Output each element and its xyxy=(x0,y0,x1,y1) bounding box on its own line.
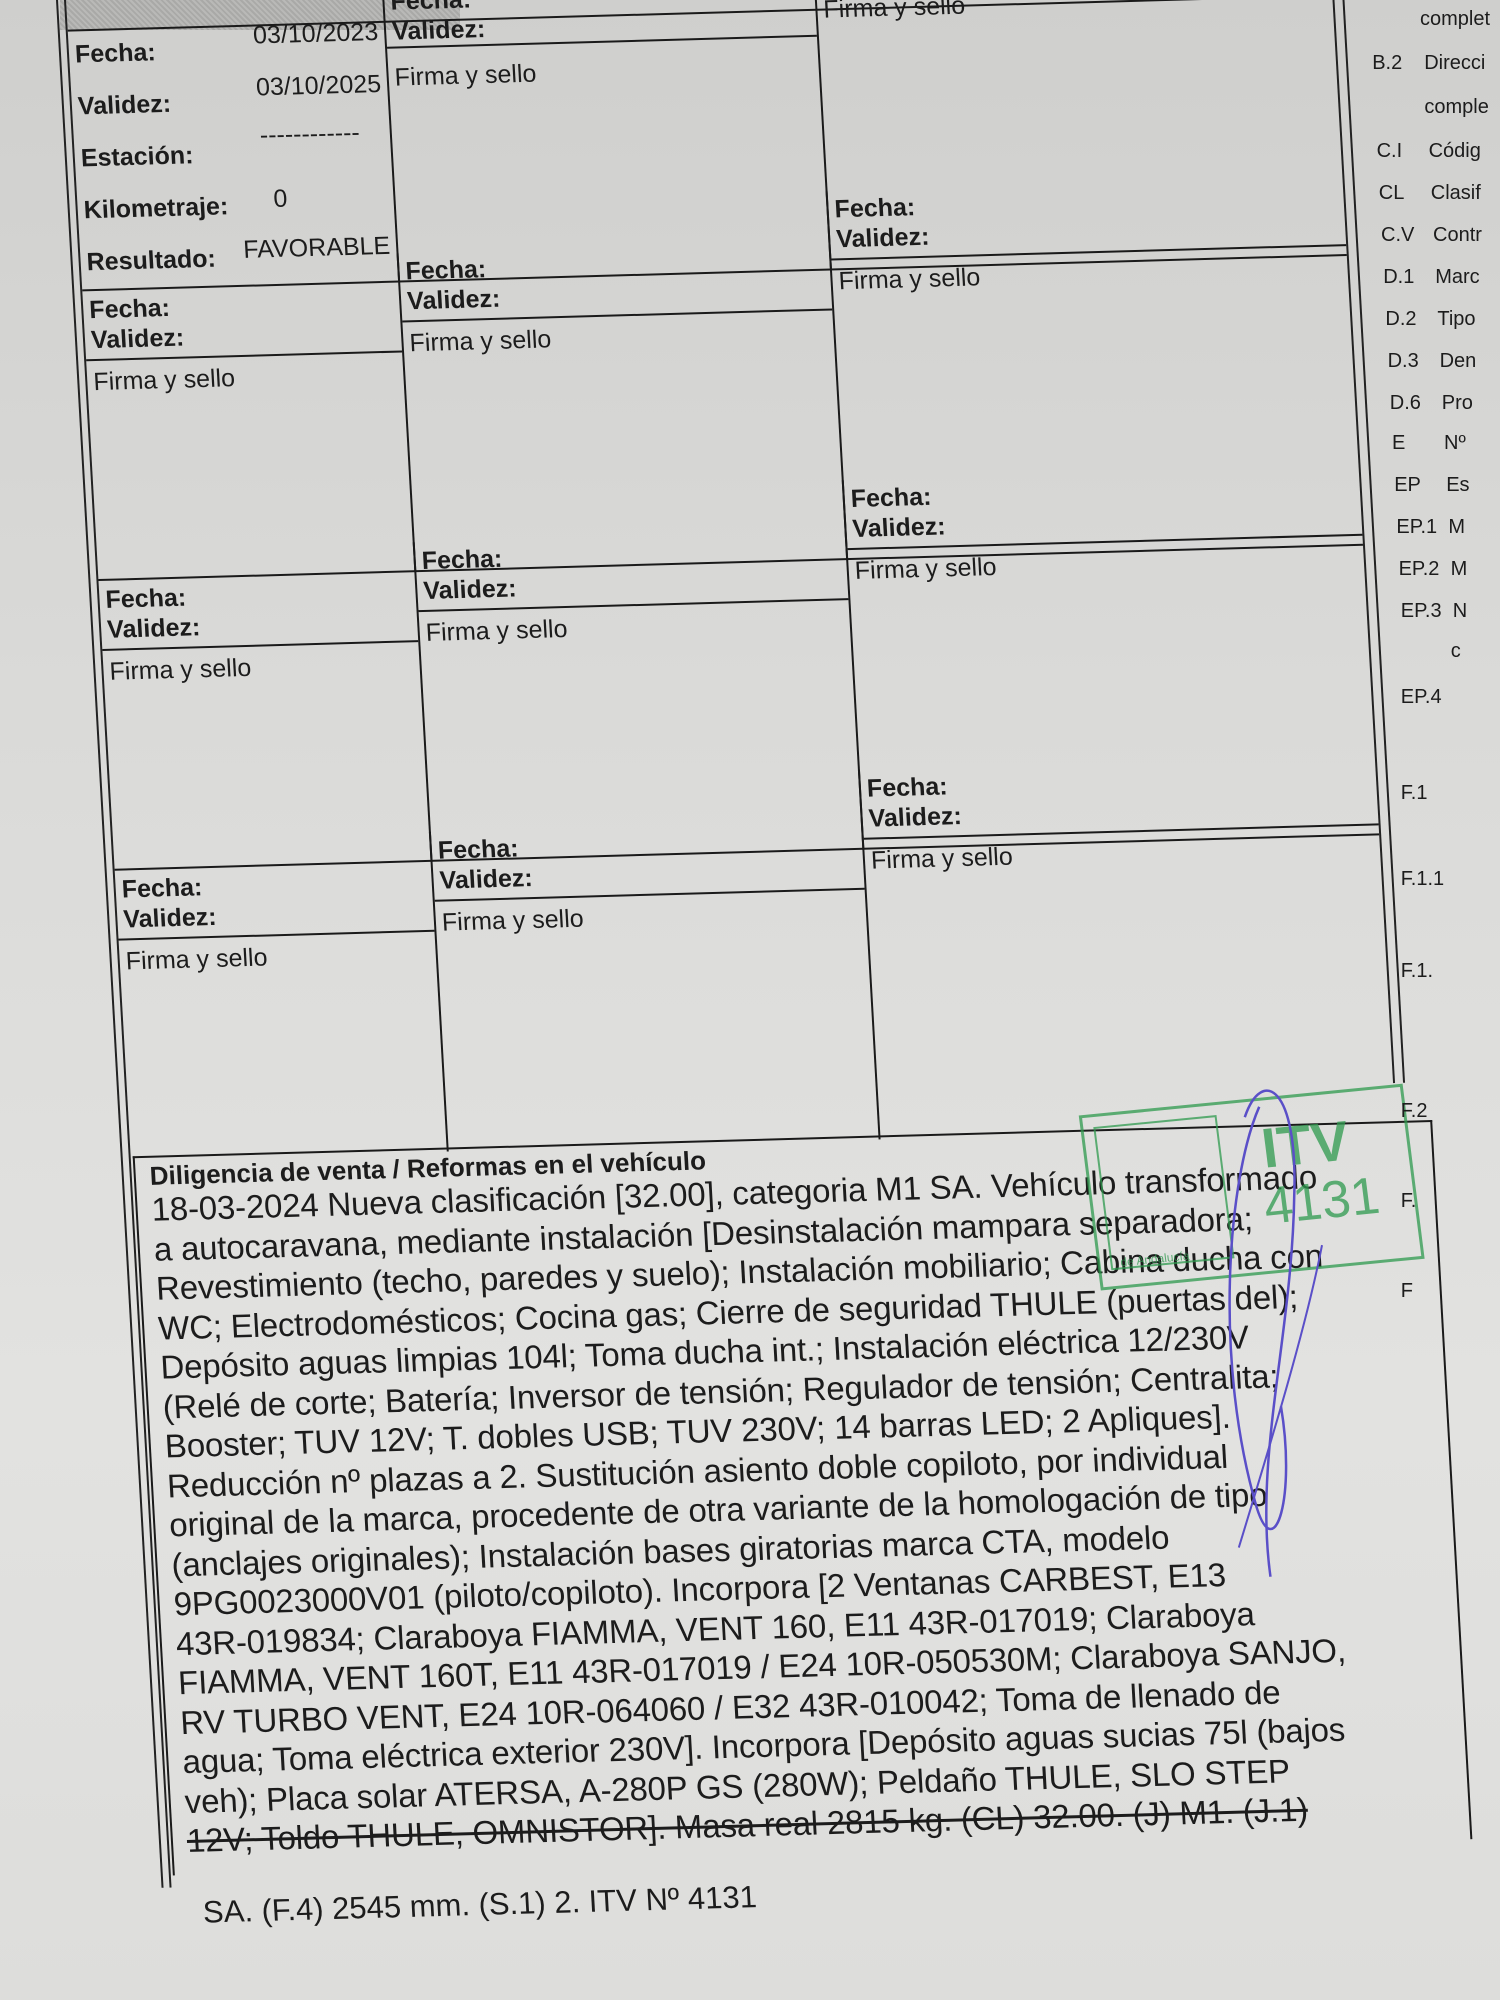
right-column-item: F.1. xyxy=(1401,960,1453,983)
remarks-footer: SA. (F.4) 2545 mm. (S.1) 2. ITV Nº 4131 xyxy=(202,1877,758,1932)
right-column-item: EP.2M xyxy=(1399,558,1468,581)
right-column-field-list: completB.2DireccicompleC.ICódigCLClasifC… xyxy=(1370,0,1500,2000)
inspection-block-r3c1: Fecha: Validez: Firma y sello xyxy=(98,572,430,870)
inspection-block-r2c2: Fecha: Validez: Firma y sello xyxy=(397,241,847,573)
right-column-item: B.2Direcci xyxy=(1372,52,1485,75)
right-column-item: F. xyxy=(1401,1190,1453,1213)
field-validez: Validez: 03/10/2025 xyxy=(77,83,383,121)
right-column-item: C.VContr xyxy=(1381,224,1482,247)
inspection-block-r1c2: Fecha: Validez: Firma y sello xyxy=(382,0,830,283)
right-column-item: EP.1M xyxy=(1396,516,1465,539)
fecha-value: 03/10/2023 xyxy=(252,17,380,64)
itv-inspection-form: Fecha: 03/10/2023 Validez: 03/10/2025 Es… xyxy=(56,0,1492,1898)
inspection-block-r4c2: Fecha: Validez: Firma y sello xyxy=(429,820,879,1152)
right-column-item: EP.3N xyxy=(1401,600,1467,623)
right-column-item: F xyxy=(1401,1280,1453,1303)
field-resultado: Resultado: FAVORABLE xyxy=(86,239,392,277)
right-column-item: C.ICódig xyxy=(1377,140,1481,163)
right-column-item: c xyxy=(1451,640,1461,663)
field-kilometraje: Kilometraje: 0 xyxy=(83,187,389,225)
right-column-item: F.1.1 xyxy=(1401,868,1453,891)
validez-value: 03/10/2025 xyxy=(255,69,383,116)
kilometraje-value: 0 xyxy=(273,184,289,220)
right-column-item: comple xyxy=(1424,96,1488,119)
estacion-value: ------------ xyxy=(259,118,362,169)
inspection-block-r4c1: Fecha: Validez: Firma y sello xyxy=(115,862,447,1160)
first-inspection-cell: Fecha: 03/10/2023 Validez: 03/10/2025 Es… xyxy=(68,23,398,292)
right-column-item: D.2Tipo xyxy=(1385,308,1475,331)
inspection-block-r2c1: Fecha: Validez: Firma y sello xyxy=(82,283,414,581)
right-column-item: D.3Den xyxy=(1388,350,1477,373)
right-column-item: ENº xyxy=(1392,432,1466,455)
inspection-block-r3c2: Fecha: Validez: Firma y sello xyxy=(413,530,863,862)
field-fecha: Fecha: 03/10/2023 xyxy=(74,31,380,69)
right-column-item: D.1Marc xyxy=(1383,266,1479,289)
right-column-item: F.2 xyxy=(1401,1100,1453,1123)
right-column-item: F.1 xyxy=(1401,782,1453,805)
right-column-item: EP.4 xyxy=(1401,686,1453,709)
field-estacion: Estación: ------------ xyxy=(80,135,386,173)
right-column-item: D.6Pro xyxy=(1390,392,1473,415)
document-paper: Fecha: 03/10/2023 Validez: 03/10/2025 Es… xyxy=(0,0,1500,2000)
right-column-item: complet xyxy=(1420,8,1490,31)
right-column-item: CLClasif xyxy=(1379,182,1481,205)
resultado-value: FAVORABLE xyxy=(243,231,392,273)
right-column-item: EPEs xyxy=(1394,474,1469,497)
